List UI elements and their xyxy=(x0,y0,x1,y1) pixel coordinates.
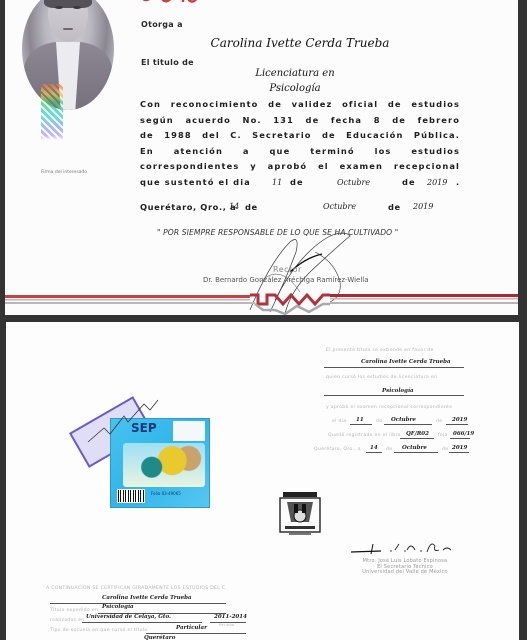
stamp-signature-icon xyxy=(84,398,164,448)
antecedentes-institution: Universidad de Celaya, Gto. xyxy=(86,614,171,620)
p2-libro: QF/R02 xyxy=(406,431,429,437)
secretary-signature-icon xyxy=(349,534,459,556)
p2-issue-day: 14 xyxy=(370,445,378,451)
exam-day: 11 xyxy=(272,175,282,191)
antecedentes-name: Carolina Ivette Cerda Trueba xyxy=(102,595,192,601)
p2-exam-year: 2019 xyxy=(452,417,467,423)
p2-name: Carolina Ivette Cerda Trueba xyxy=(361,359,451,365)
p2-issue-year: 2019 xyxy=(452,445,467,451)
hologram-seal-icon xyxy=(41,84,63,140)
validity-paragraph: Con reconocimiento de validez oficial de… xyxy=(140,97,460,191)
signature-caption: Firma del interesado xyxy=(41,170,87,175)
p2-exam-month: Octubre xyxy=(391,417,416,423)
antecedentes-type: Particular xyxy=(176,625,207,631)
graduate-name: Carolina Ivette Cerda Trueba xyxy=(185,36,415,50)
degree-line-2: Psicología xyxy=(215,83,375,94)
decorative-band xyxy=(5,292,518,315)
diploma-back-page: El presente título se extiende en favor … xyxy=(6,322,519,640)
p2-issue-month: Octubre xyxy=(402,445,427,451)
exam-date-line: que sustentó el dia 11 de Octubre de 201… xyxy=(140,175,460,191)
p2-exam-day: 11 xyxy=(356,417,364,423)
secretary-org: Universidad del Valle de México xyxy=(346,570,464,576)
antecedentes-period: 2011-2014 xyxy=(214,614,247,620)
rector-name: Dr. Bernardo González Aréchiga Ramírez-W… xyxy=(203,276,369,284)
university-seal-icon xyxy=(279,492,321,536)
intro-label: El presente título se extiende en favor … xyxy=(326,348,434,353)
issue-day: 14 xyxy=(229,202,239,211)
exam-approved-label: y aprobó el examen recepcional correspon… xyxy=(326,405,452,410)
antecedentes-heading: A CONTINUACIÓN SE CERTIFICAN GIRADAMENTE… xyxy=(46,586,227,591)
graduate-photo xyxy=(22,0,114,110)
studies-label: quien cursó los estudios de licenciatura… xyxy=(326,375,437,380)
exam-year: 2019 xyxy=(427,175,447,191)
antecedentes-state: Querétaro xyxy=(144,635,175,640)
exam-month: Octubre xyxy=(337,175,370,191)
degree-line-1: Licenciatura en xyxy=(215,68,375,79)
sep-registration-stamp: SEP Folio 03-49065 xyxy=(74,398,216,516)
barcode-icon xyxy=(117,489,145,503)
rector-title: Rector xyxy=(273,265,302,274)
p2-program: Psicología xyxy=(382,388,414,394)
otorga-label: Otorga a xyxy=(141,20,183,29)
secretary-block: Mtro. José Luis Lobato Espinosa El Secre… xyxy=(346,559,464,576)
issue-month: Octubre xyxy=(323,202,356,211)
titulo-label: El titulo de xyxy=(141,58,194,67)
issue-place-date: Querétaro, Qro., a 14 de Octubre de 2019 xyxy=(140,202,440,216)
p2-foja: 066/19 xyxy=(453,431,474,437)
antecedentes-studies: Psicología xyxy=(102,604,134,610)
university-logo-icon xyxy=(137,0,217,6)
issue-year: 2019 xyxy=(413,202,433,211)
diploma-front-page: Firma del interesado Otorga a Carolina I… xyxy=(5,0,518,315)
stamp-artwork xyxy=(123,443,205,487)
